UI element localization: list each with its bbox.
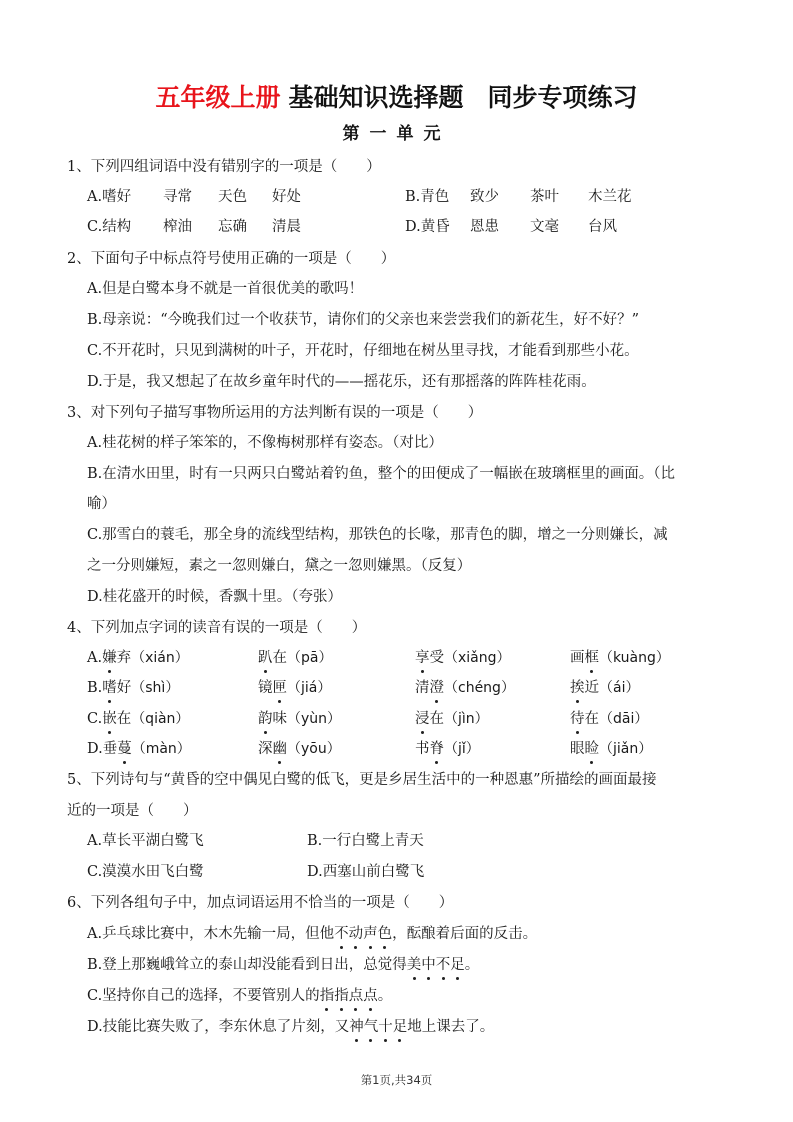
option-5c: C.漠漠水田飞白鹭 [87,862,204,882]
option-6d: D.技能比赛失败了，李东休息了片刻，又神气十足地上课去了。 [87,1017,494,1037]
title-topic: 基础知识选择题 [288,83,463,112]
option-word: 寻常 [163,187,192,207]
option-word: 致少 [470,187,499,207]
worksheet-page: 五年级上册基础知识选择题同步专项练习 第一单元 1、下列四组词语中没有错别字的一… [0,0,793,1122]
page-number: 第1页,共34页 [0,1072,793,1088]
dotted-char: 色 [378,924,393,944]
option-2d: D.于是，我又想起了在故乡童年时代的——摇花乐，还有那摇落的阵阵桂花雨。 [87,372,596,392]
option-6c: C.坚持你自己的选择，不要管别人的指指点点。 [87,986,392,1006]
option-4a-2: 趴在（pā） [258,648,332,668]
dotted-char: 足 [393,1017,408,1037]
option-6a: A.乒乓球比赛中，木木先输一局，但他不动声色，酝酿着后面的反击。 [87,924,537,944]
page-title: 五年级上册基础知识选择题同步专项练习 [0,78,793,114]
dotted-phrase: 美中不足 [407,957,465,973]
dotted-char: 美 [407,955,422,975]
option-4a-3: 享受（xiǎng） [415,648,511,668]
dotted-char: 足 [450,955,465,975]
dotted-phrase: 不动声色 [334,926,392,942]
option-4b-1: B.嗜好（shì） [87,678,179,698]
question-2-stem: 2、下面句子中标点符号使用正确的一项是（ ） [67,249,395,269]
option-word: 好处 [272,187,301,207]
option-3c-line2: 之一分则嫌短，素之一忽则嫌白，黛之一忽则嫌黑。（反复） [87,556,471,576]
option-4d-2: 深幽（yōu） [258,739,341,759]
option-2b: B.母亲说：“今晚我们过一个收获节，请你们的父亲也来尝尝我们的新花生，好不好？” [87,310,639,330]
dotted-char: 声 [363,924,378,944]
option-3a: A.桂花树的样子笨笨的，不像梅树那样有姿态。（对比） [87,433,443,453]
option-3d: D.桂花盛开的时候，香飘十里。（夸张） [87,587,342,607]
option-5d: D.西塞山前白鹭飞 [307,862,424,882]
option-1b: B.青色 [405,187,449,207]
option-word: 木兰花 [588,187,632,207]
option-6b: B.登上那巍峨耸立的泰山却没能看到日出，总觉得美中不足。 [87,955,479,975]
option-word: 文毫 [530,217,559,237]
option-5a: A.草长平湖白鹭飞 [87,831,204,851]
question-6-stem: 6、下列各组句子中，加点词语运用不恰当的一项是（ ） [67,893,453,913]
dotted-phrase: 指指点点 [320,988,378,1004]
question-4-stem: 4、下列加点字词的读音有误的一项是（ ） [67,618,366,638]
option-1a: A.嗜好 [87,187,131,207]
question-3-stem: 3、对下列句子描写事物所运用的方法判断有误的一项是（ ） [67,403,482,423]
option-4c-1: C.嵌在（qiàn） [87,709,189,729]
dotted-char: 指 [320,986,335,1006]
dotted-char: 气 [364,1017,379,1037]
option-4a-4: 画框（kuàng） [570,648,670,668]
option-4a-1: A.嫌弃（xián） [87,648,189,668]
option-4b-3: 清澄（chéng） [415,678,515,698]
dotted-char: 点 [349,986,364,1006]
option-4c-2: 韵味（yùn） [258,709,341,729]
title-practice: 同步专项练习 [488,83,638,112]
dotted-char: 动 [349,924,364,944]
option-5b: B.一行白鹭上青天 [307,831,424,851]
option-word: 恩患 [470,217,499,237]
option-2c: C.不开花时，只见到满树的叶子，开花时，仔细地在树丛里寻找，才能看到那些小花。 [87,341,639,361]
option-4c-3: 浸在（jìn） [415,709,489,729]
title-grade: 五年级上册 [155,83,280,112]
option-2a: A.但是白鹭本身不就是一首很优美的歌吗！ [87,279,363,299]
question-5-stem-line1: 5、下列诗句与“黄昏的空中偶见白鹭的低飞，更是乡居生活中的一种恩惠”所描绘的画面… [67,770,657,790]
option-word: 天色 [218,187,247,207]
dotted-phrase: 神气十足 [349,1019,407,1035]
question-5-stem-line2: 近的一项是（ ） [67,801,198,821]
dotted-char: 不 [436,955,451,975]
option-4c-4: 待在（dāi） [570,709,648,729]
dotted-char: 十 [378,1017,393,1037]
option-word: 台风 [588,217,617,237]
option-word: 清晨 [272,217,301,237]
dotted-char: 不 [334,924,349,944]
option-1c: C.结构 [87,217,131,237]
option-word: 忘确 [218,217,247,237]
option-1d: D.黄昏 [405,217,450,237]
dotted-char: 点 [363,986,378,1006]
unit-heading: 第一单元 [0,119,793,144]
option-4d-1: D.垂蔓（màn） [87,739,191,759]
option-3c-line1: C.那雪白的蓑毛，那全身的流线型结构，那铁色的长喙，那青色的脚，增之一分则嫌长，… [87,525,668,545]
option-word: 榨油 [163,217,192,237]
question-1-stem: 1、下列四组词语中没有错别字的一项是（ ） [67,157,381,177]
option-4b-2: 镜匣（jiá） [258,678,331,698]
option-3b-line2: 喻） [87,494,116,514]
option-4d-4: 眼睑（jiǎn） [570,739,652,759]
option-4b-4: 挨近（ái） [570,678,639,698]
dotted-char: 神 [349,1017,364,1037]
dotted-char: 中 [421,955,436,975]
option-word: 茶叶 [530,187,559,207]
dotted-char: 指 [334,986,349,1006]
option-3b-line1: B.在清水田里，时有一只两只白鹭站着钓鱼，整个的田便成了一幅嵌在玻璃框里的画面。… [87,464,675,484]
option-4d-3: 书脊（jǐ） [415,739,480,759]
